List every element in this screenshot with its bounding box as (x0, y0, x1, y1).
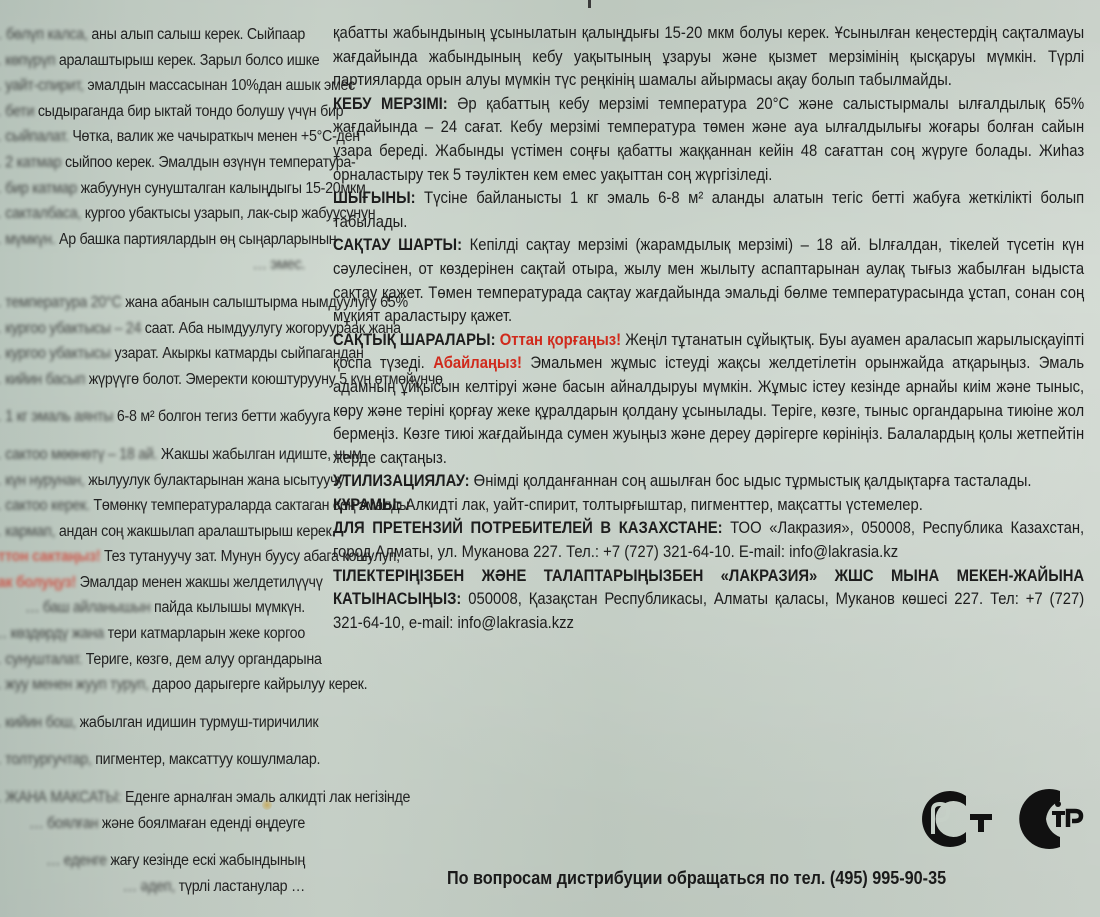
kyrgyz-line-text: Жакшы жабылган идиште, ным (161, 446, 362, 463)
kyrgyz-blurred-text: … кургоо убактысы (0, 345, 114, 362)
claims-ru-section: ДЛЯ ПРЕТЕНЗИЙ ПОТРЕБИТЕЛЕЙ В КАЗАХСТАНЕ:… (333, 517, 1084, 564)
composition-heading: ҚҰРАМЫ: (333, 496, 401, 514)
kyrgyz-text-column: … бөлүп калса, аны алып салыш керек. Сый… (0, 22, 305, 899)
kyrgyz-text-line: … жуу менен жууп туруп, дароо дарыгерге … (0, 672, 305, 698)
kyrgyz-text-line: … баш айланышын пайда кылышы мүмкүн. (0, 595, 305, 621)
kyrgyz-line-text: узарат. Акыркы катмарды сыйпагандан (114, 345, 363, 362)
kyrgyz-blurred-text: … сыйпалат. (0, 128, 72, 145)
pct-mark-icon (916, 788, 994, 850)
kyrgyz-text-line: … кургоо убактысы узарат. Акыркы катмард… (0, 341, 305, 367)
kyrgyz-line-text: Эмалдар менен жакшы желдетилүүчү (80, 574, 323, 591)
kyrgyz-text-line: Сак болуңуз! Эмалдар менен жакшы желдети… (0, 570, 305, 596)
label-top-mark (588, 0, 591, 8)
kyrgyz-blurred-text: … 2 катмар (0, 154, 65, 171)
kyrgyz-text-line: … еденге жағу кезінде ескі жабындының (0, 848, 305, 874)
kyrgyz-text-line: … сакталбаса, кургоо убактысы узарып, ла… (0, 201, 305, 227)
kyrgyz-blurred-text: … сунушталат. (0, 651, 86, 668)
intro-paragraph: қабатты жабындының ұсынылатын қалыңдығы … (333, 22, 1084, 93)
kyrgyz-text-line: … сактоо мөөнөтү – 18 ай. Жакшы жабылган… (0, 442, 305, 468)
kyrgyz-line-text: тери катмарларын жеке коргоо (108, 625, 305, 642)
kyrgyz-blurred-text: … толтургучтар, (0, 751, 95, 768)
kyrgyz-line-text: дароо дарыгерге кайрылуу керек. (152, 676, 367, 693)
kyrgyz-text-line: … ЖАНА МАКСАТЫ: Еденге арналған эмаль ал… (0, 785, 305, 811)
kyrgyz-line-text: кургоо убактысы узарып, лак-сыр жабуусун… (85, 205, 376, 222)
storage-section: САҚТАУ ШАРТЫ: Кепілді сақтау мерзімі (жа… (333, 234, 1084, 328)
kyrgyz-text-line: … күн нурунан, жылуулук булактарынан жан… (0, 468, 305, 494)
kyrgyz-text-line: … кийин басып жүрүүгө болот. Эмеректи ко… (0, 367, 305, 393)
safety-section: САҚТЫҚ ШАРАЛАРЫ: Оттан қорғаңыз! Жеңіл т… (333, 329, 1084, 471)
kyrgyz-blurred-text: … сактоо мөөнөтү – 18 ай. (0, 446, 161, 463)
kyrgyz-blurred-text: … көздөрдү жана (0, 625, 108, 642)
composition-text: Алкидті лак, уайт-спирит, толтырғыштар, … (401, 496, 923, 514)
consumption-text: Түсіне байланысты 1 кг эмаль 6-8 м² алан… (333, 189, 1084, 231)
paragraph-gap (0, 735, 305, 747)
kyrgyz-line-text: 6-8 м² болгон тегиз бетти жабууга (117, 408, 331, 425)
kyrgyz-text-line: … боялған және боялмаған еденді өңдеуге (0, 811, 305, 837)
kyrgyz-blurred-text: … баш айланышын (25, 599, 154, 616)
kyrgyz-line-text: пигментер, максаттуу кошулмалар. (95, 751, 320, 768)
kyrgyz-line-text: пайда кылышы мүмкүн. (154, 599, 305, 616)
kyrgyz-text-line: … 1 кг эмаль аянты 6-8 м² болгон тегиз б… (0, 404, 305, 430)
kyrgyz-text-line: … температура 20°С жана абанын салыштырм… (0, 290, 305, 316)
paragraph-gap (0, 392, 305, 404)
eac-tr-mark-icon (1008, 785, 1086, 853)
kazakh-text-column: қабатты жабындының ұсынылатын қалыңдығы … (333, 22, 1084, 635)
kyrgyz-line-text: аралаштырыш керек. Зарыл болсо ишке (59, 52, 320, 69)
safety-heading: САҚТЫҚ ШАРАЛАРЫ: (333, 331, 496, 349)
kyrgyz-text-line: … бети сыдыраганда бир ыктай тондо болуш… (0, 99, 305, 125)
kyrgyz-line-text: аны алып салыш керек. Сыйпаар (91, 26, 305, 43)
disposal-heading: УТИЛИЗАЦИЯЛАУ: (333, 472, 470, 490)
kyrgyz-text-line: … сактоо керек. Төмөнкү температураларда… (0, 493, 305, 519)
kyrgyz-blurred-text: … сактоо керек. (0, 497, 93, 514)
kyrgyz-line-text: сыдыраганда бир ыктай тондо болушу үчүн … (38, 103, 344, 120)
kyrgyz-text-line: … толтургучтар, пигментер, максаттуу кош… (0, 747, 305, 773)
kyrgyz-blurred-text: … кийин бош, (0, 714, 80, 731)
label-smudge (262, 800, 272, 810)
kyrgyz-line-text: Териге, көзгө, дем алуу органдарына (86, 651, 322, 668)
kyrgyz-text-line: … кургоо убактысы – 24 саат. Аба нымдуул… (0, 316, 305, 342)
paragraph-gap (0, 836, 305, 848)
distribution-contact: По вопросам дистрибуции обращаться по те… (447, 868, 946, 889)
kyrgyz-text-line: … уайт-спирит, эмалдын массасынан 10%дан… (0, 73, 305, 99)
kyrgyz-blurred-text: … температура 20°С (0, 294, 125, 311)
paragraph-gap (0, 698, 305, 710)
kyrgyz-text-line: … кийин бош, жабылган идишин турмуш-тири… (0, 710, 305, 736)
kyrgyz-blurred-text: … кармап, (0, 523, 59, 540)
claims-ru-heading: ДЛЯ ПРЕТЕНЗИЙ ПОТРЕБИТЕЛЕЙ В КАЗАХСТАНЕ: (333, 519, 723, 537)
kyrgyz-blurred-text: … мүмкүн. (0, 231, 59, 248)
caution-warning: Абайлаңыз! (433, 354, 522, 372)
kyrgyz-text-line: … бөлүп калса, аны алып салыш керек. Сый… (0, 22, 305, 48)
kyrgyz-blurred-text: … 1 кг эмаль аянты (0, 408, 117, 425)
storage-heading: САҚТАУ ШАРТЫ: (333, 236, 462, 254)
drying-heading: КЕБУ МЕРЗІМІ: (333, 95, 448, 113)
disposal-text: Өнімді қолданғаннан соң ашылған бос ыдыс… (470, 472, 1032, 490)
kyrgyz-blurred-text: … бир катмар (0, 180, 81, 197)
kyrgyz-blurred-text: … бети (0, 103, 38, 120)
kyrgyz-line-text: эмалдын массасынан 10%дан ашык эмес (87, 77, 355, 94)
kyrgyz-line-text: түрлі ластанулар … (179, 878, 305, 895)
kyrgyz-blurred-text: … ЖАНА МАКСАТЫ: (0, 789, 125, 806)
kyrgyz-warning-text: Оттон сактаңыз! (0, 548, 104, 565)
claims-kz-section: ТІЛЕКТЕРІҢІЗБЕН ЖӘНЕ ТАЛАПТАРЫҢЫЗБЕН «ЛА… (333, 565, 1084, 636)
kyrgyz-warning-text: Сак болуңуз! (0, 574, 80, 591)
disposal-section: УТИЛИЗАЦИЯЛАУ: Өнімді қолданғаннан соң а… (333, 470, 1084, 494)
kyrgyz-blurred-text: … әдеп, (123, 878, 179, 895)
kyrgyz-line-text: жабуунун сунушталган калыңдыгы 15-20мкм (81, 180, 366, 197)
kyrgyz-line-text: Чөтка, валик же чачыраткыч менен +5°C-де… (72, 128, 360, 145)
kyrgyz-line-text: жабылган идишин турмуш-тиричилик (80, 714, 319, 731)
kyrgyz-blurred-text: … эмес. (253, 256, 305, 273)
consumption-section: ШЫҒЫНЫ: Түсіне байланысты 1 кг эмаль 6-8… (333, 187, 1084, 234)
kyrgyz-text-line: … көздөрдү жана тери катмарларын жеке ко… (0, 621, 305, 647)
paragraph-gap (0, 773, 305, 785)
fire-warning: Оттан қорғаңыз! (500, 331, 621, 349)
kyrgyz-text-line: … көпүрүп аралаштырыш керек. Зарыл болсо… (0, 48, 305, 74)
drying-section: КЕБУ МЕРЗІМІ: Әр қабаттың кебу мерзімі т… (333, 93, 1084, 187)
paragraph-gap (0, 430, 305, 442)
kyrgyz-text-line: … кармап, андан соң жакшылап аралаштырыш… (0, 519, 305, 545)
paragraph-gap (0, 278, 305, 290)
composition-section: ҚҰРАМЫ: Алкидті лак, уайт-спирит, толтыр… (333, 494, 1084, 518)
kyrgyz-text-line: … 2 катмар сыйпоо керек. Эмалдын өзүнүн … (0, 150, 305, 176)
kyrgyz-text-line: … мүмкүн. Ар башка партиялардын өң сыңар… (0, 227, 305, 253)
kyrgyz-line-text: жағу кезінде ескі жабындының (110, 852, 305, 869)
kyrgyz-blurred-text: … кургоо убактысы – 24 (0, 320, 145, 337)
kyrgyz-blurred-text: … еденге (46, 852, 110, 869)
kyrgyz-text-line: Оттон сактаңыз! Тез тутануучу зат. Мунун… (0, 544, 305, 570)
kyrgyz-blurred-text: … күн нурунан, (0, 472, 88, 489)
kyrgyz-line-text: және боялмаған еденді өңдеуге (102, 815, 305, 832)
kyrgyz-blurred-text: … көпүрүп (0, 52, 59, 69)
kyrgyz-text-line: … эмес. (0, 252, 305, 278)
kyrgyz-line-text: Ар башка партиялардын өң сыңарларынын (59, 231, 336, 248)
kyrgyz-text-line: … әдеп, түрлі ластанулар … (0, 874, 305, 900)
kyrgyz-blurred-text: … кийин басып (0, 371, 89, 388)
kyrgyz-text-line: … сунушталат. Териге, көзгө, дем алуу ор… (0, 647, 305, 673)
kyrgyz-text-line: … бир катмар жабуунун сунушталган калыңд… (0, 176, 305, 202)
kyrgyz-line-text: жылуулук булактарынан жана ысытуучу (88, 472, 344, 489)
kyrgyz-blurred-text: … боялған (29, 815, 102, 832)
kyrgyz-blurred-text: … уайт-спирит, (0, 77, 87, 94)
kyrgyz-line-text: андан соң жакшылап аралаштырыш керек. (59, 523, 335, 540)
kyrgyz-blurred-text: … бөлүп калса, (0, 26, 91, 43)
kyrgyz-text-line: … сыйпалат. Чөтка, валик же чачыраткыч м… (0, 124, 305, 150)
kyrgyz-blurred-text: … жуу менен жууп туруп, (0, 676, 152, 693)
kyrgyz-blurred-text: … сакталбаса, (0, 205, 85, 222)
kyrgyz-line-text: сыйпоо керек. Эмалдын өзүнүн температура… (65, 154, 356, 171)
certification-marks (916, 785, 1086, 853)
consumption-heading: ШЫҒЫНЫ: (333, 189, 416, 207)
